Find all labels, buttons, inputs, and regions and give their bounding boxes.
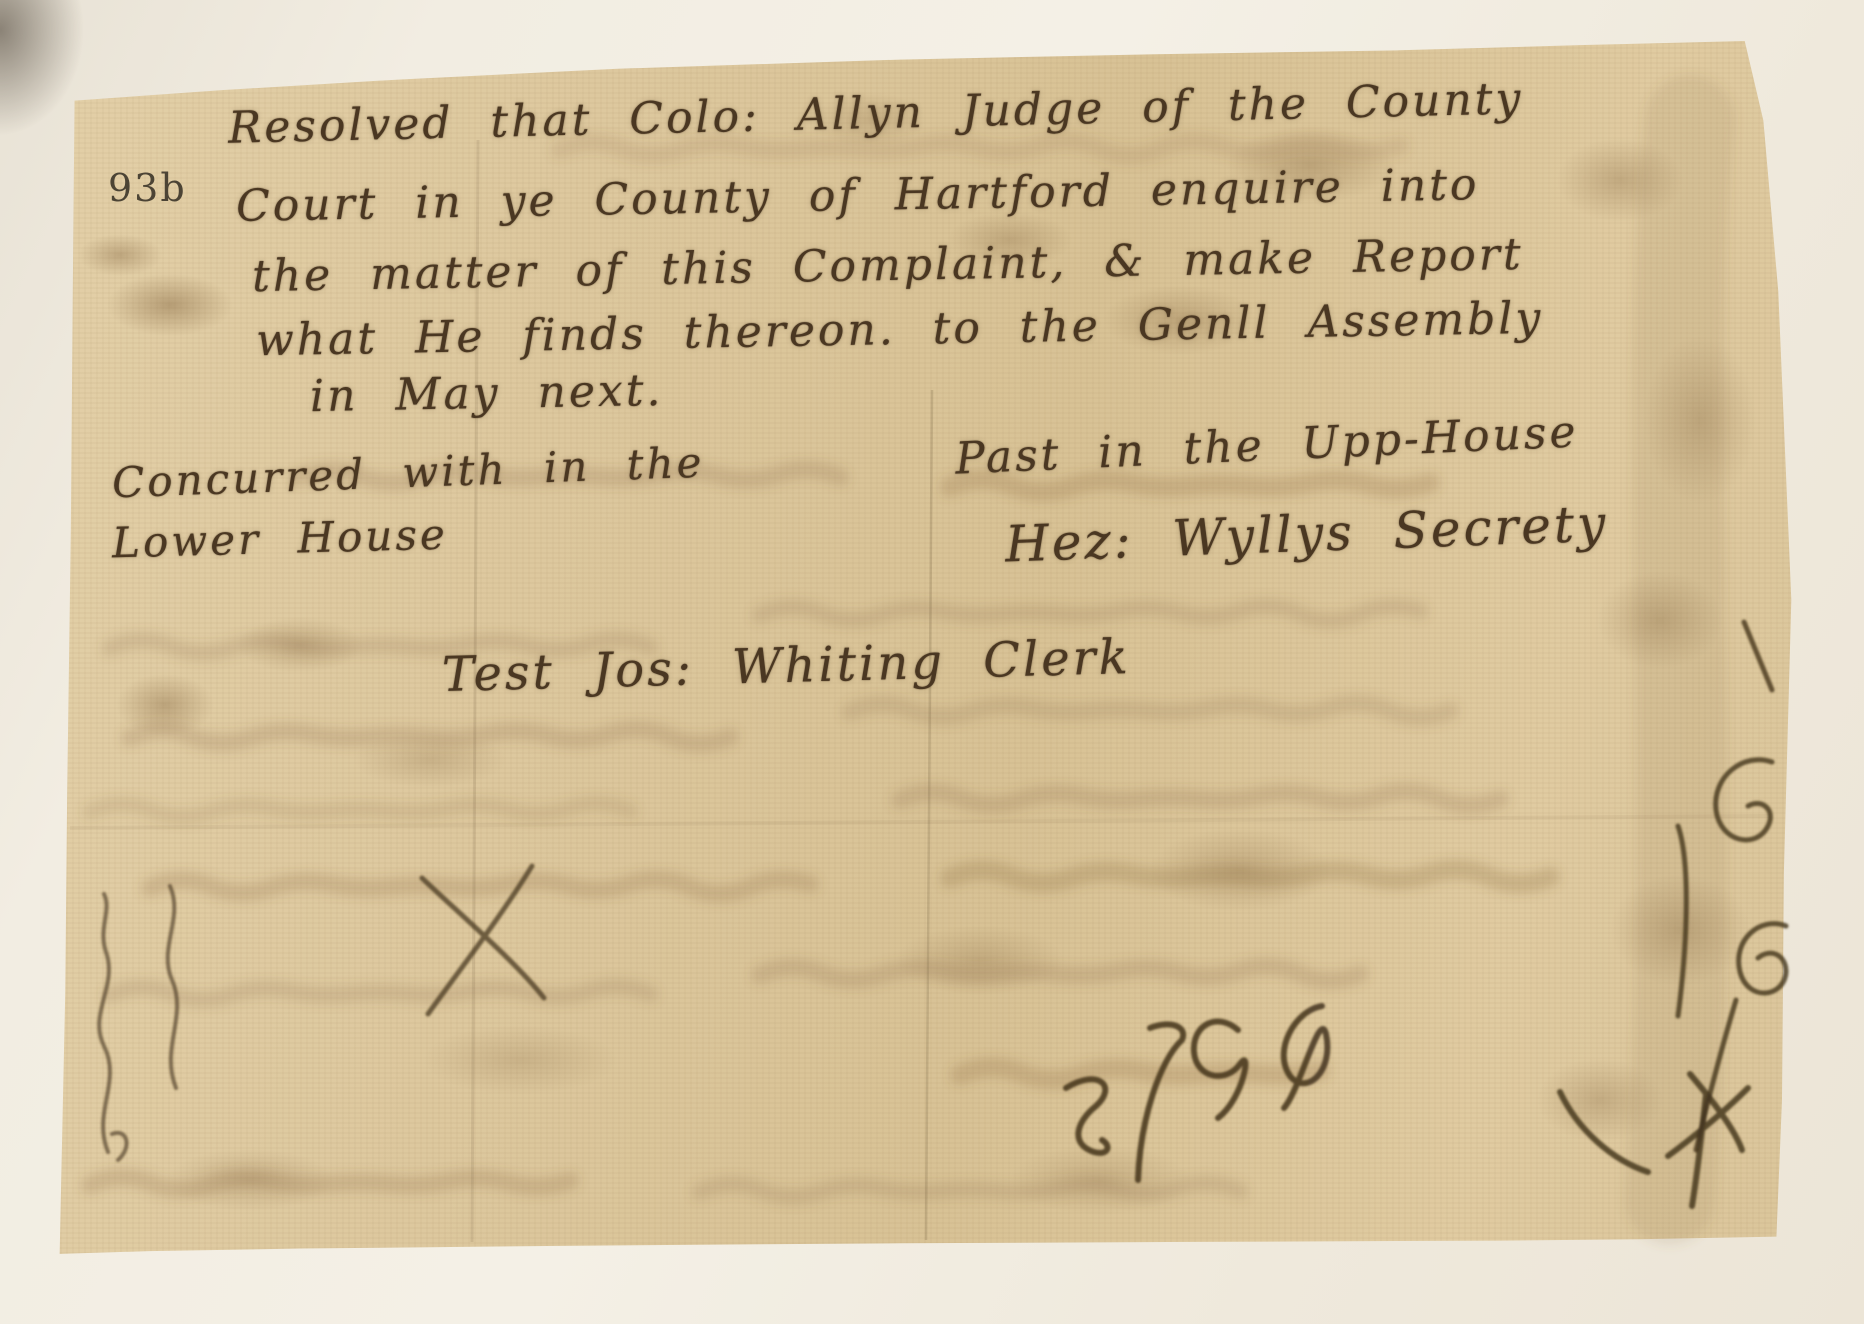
photograph-of-manuscript: Resolved that Colo: Allyn Judge of the C…	[0, 0, 1864, 1324]
left-vertical-marginalia-scribble	[99, 886, 177, 1160]
left-x-mark	[422, 866, 544, 1014]
bottom-docket-scrawl	[1066, 1006, 1327, 1180]
bottom-right-x-mark	[1560, 1074, 1748, 1206]
right-edge-flourishes	[1678, 622, 1786, 1150]
ink-marks-layer	[0, 0, 1864, 1324]
